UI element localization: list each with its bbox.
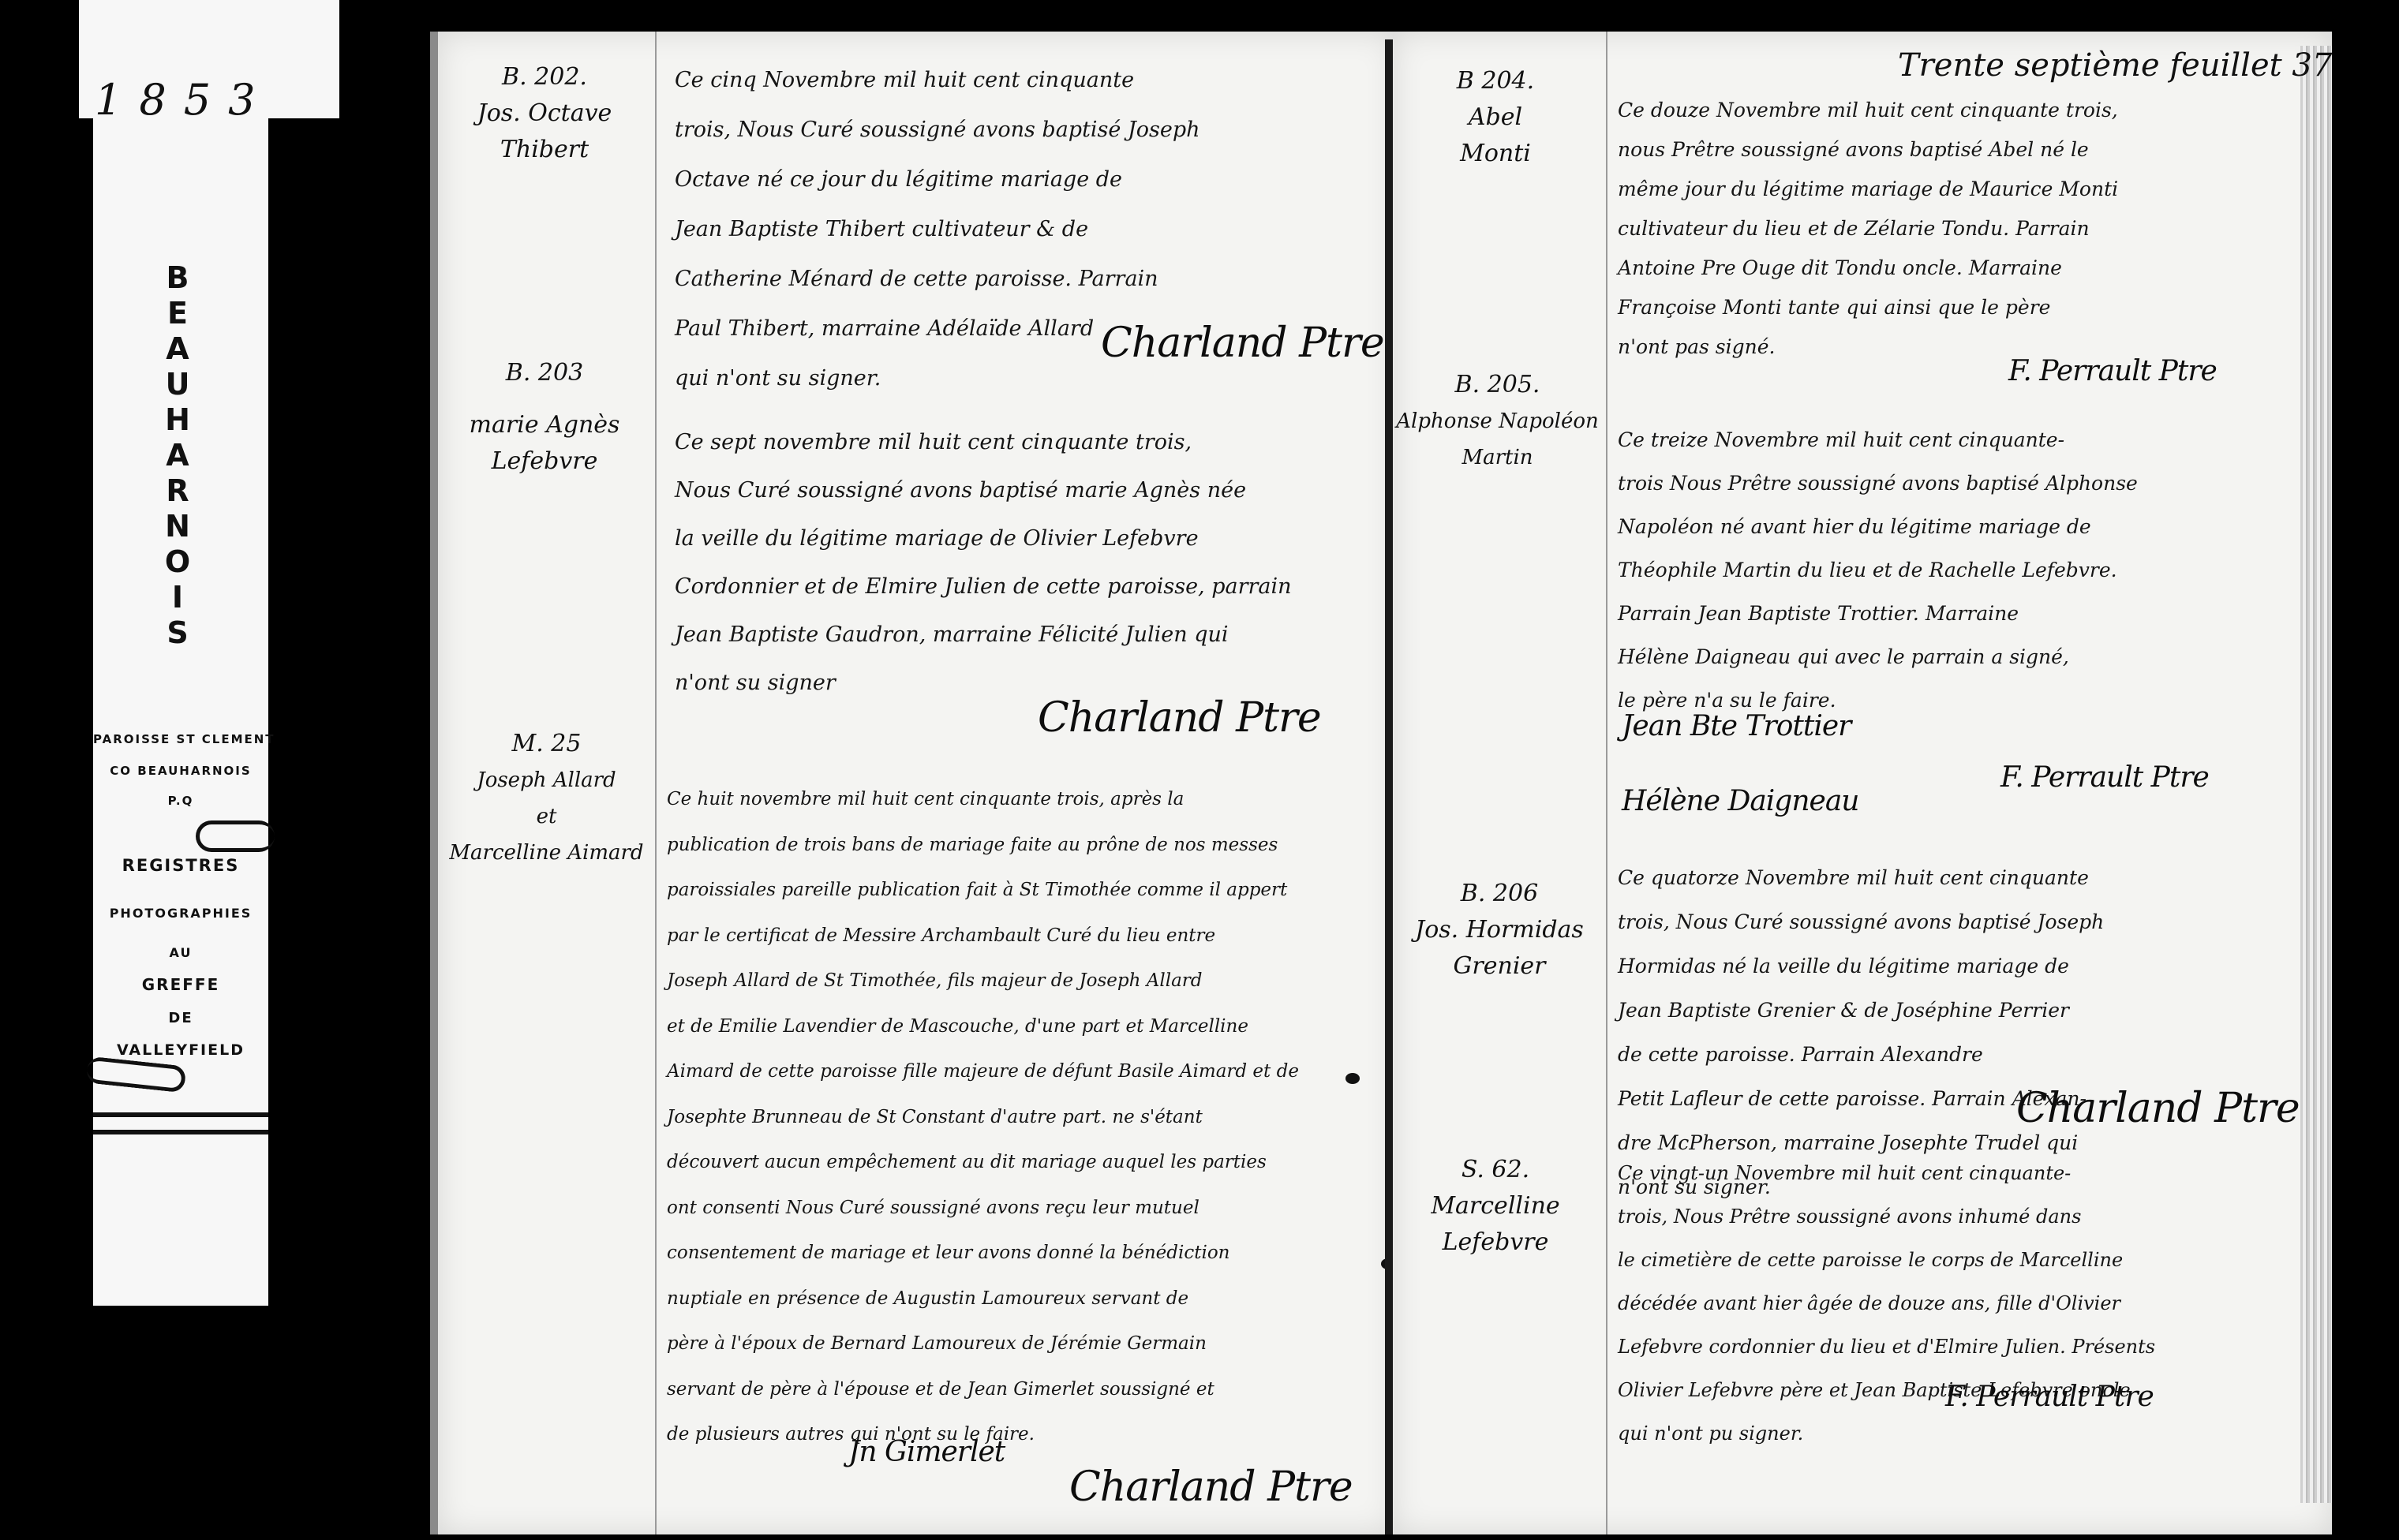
- priest-signature: Charland Ptre: [2016, 1085, 2300, 1132]
- entry-margin-note: M. 25 Joseph Allard et Marcelline Aimard: [442, 726, 651, 871]
- entry-line: Napoléon né avant hier du légitime maria…: [1618, 505, 2138, 548]
- entry-line: Parrain Jean Baptiste Trottier. Marraine: [1618, 592, 2138, 635]
- county-letter: H: [165, 402, 190, 438]
- entry-number: B. 205.: [1393, 367, 1602, 403]
- clip-band: [93, 1112, 268, 1117]
- entry-line: Lefebvre cordonnier du lieu et d'Elmire …: [1618, 1325, 2155, 1369]
- entry-line: trois, Nous Prêtre soussigné avons inhum…: [1618, 1195, 2155, 1239]
- province-label: P.Q: [93, 794, 268, 808]
- entry-line: même jour du légitime mariage de Maurice…: [1618, 170, 2118, 209]
- clip-band: [93, 1130, 268, 1134]
- county-label: CO BEAUHARNOIS: [93, 764, 268, 778]
- register-entry: Ce huit novembre mil huit cent cinquante…: [667, 777, 1299, 1458]
- entry-line: Jean Baptiste Grenier & de Joséphine Per…: [1618, 989, 2104, 1033]
- book-gutter: [1385, 39, 1393, 1534]
- entry-line: Jean Baptiste Gaudron, marraine Félicité…: [675, 611, 1292, 659]
- entry-line: Ce treize Novembre mil huit cent cinquan…: [1618, 418, 2138, 462]
- witness-signature: Jean Bte Trottier: [1622, 710, 1851, 742]
- priest-signature: F. Perrault Ptre: [2008, 355, 2217, 387]
- groom-name: Joseph Allard: [442, 762, 651, 798]
- entry-line: Josephte Brunneau de St Constant d'autre…: [667, 1095, 1299, 1141]
- entry-line: Hélène Daigneau qui avec le parrain a si…: [1618, 635, 2138, 678]
- register-book: B. 202. Jos. Octave Thibert Ce cinq Nove…: [430, 24, 2340, 1534]
- entry-line: Ce douze Novembre mil huit cent cinquant…: [1618, 91, 2118, 130]
- entry-line: découvert aucun empêchement au dit maria…: [667, 1140, 1299, 1186]
- entry-line: ont consenti Nous Curé soussigné avons r…: [667, 1186, 1299, 1232]
- entry-number: B. 202.: [446, 59, 643, 95]
- county-letter: A: [166, 331, 189, 367]
- entry-surname: Lefebvre: [446, 443, 643, 480]
- entry-given-name: Marcelline: [1401, 1188, 1590, 1224]
- witness-signature: Hélène Daigneau: [1622, 785, 1858, 817]
- entry-given-name: Jos. Hormidas: [1401, 912, 1598, 948]
- entry-given-name: Abel: [1401, 99, 1590, 136]
- entry-margin-note: B. 203 marie Agnès Lefebvre: [446, 355, 643, 480]
- entry-line: trois, Nous Curé soussigné avons baptisé…: [1618, 900, 2104, 944]
- valleyfield-label: VALLEYFIELD: [93, 1041, 268, 1059]
- entry-line: Ce vingt-un Novembre mil huit cent cinqu…: [1618, 1152, 2155, 1195]
- entry-line: trois Nous Prêtre soussigné avons baptis…: [1618, 462, 2138, 505]
- parish-label: PAROISSE ST CLEMENT: [93, 732, 268, 746]
- county-letter: O: [165, 544, 190, 580]
- entry-line: Joseph Allard de St Timothée, fils majeu…: [667, 959, 1299, 1004]
- bride-name: Marcelline Aimard: [442, 835, 651, 871]
- priest-signature: Charland Ptre: [1069, 1463, 1353, 1511]
- entry-number: B. 206: [1401, 876, 1598, 912]
- county-letter: N: [165, 509, 190, 544]
- entry-number: B. 203: [446, 355, 643, 391]
- county-letter: I: [172, 580, 183, 615]
- entry-line: par le certificat de Messire Archambault…: [667, 914, 1299, 959]
- page-edges: [2300, 46, 2332, 1503]
- entry-line: et de Emilie Lavendier de Mascouche, d'u…: [667, 1004, 1299, 1050]
- entry-line: Ce sept novembre mil huit cent cinquante…: [675, 418, 1292, 466]
- registers-label: REGISTRES: [93, 856, 268, 875]
- entry-surname: Martin: [1393, 439, 1602, 476]
- entry-line: consentement de mariage et leur avons do…: [667, 1231, 1299, 1276]
- priest-signature: Charland Ptre: [1101, 320, 1384, 367]
- ink-blot: [1345, 1073, 1360, 1084]
- register-entry: Ce sept novembre mil huit cent cinquante…: [675, 418, 1292, 707]
- de-label: DE: [93, 1010, 268, 1026]
- au-label: AU: [93, 945, 268, 960]
- entry-line: Hormidas né la veille du légitime mariag…: [1618, 944, 2104, 989]
- entry-line: nuptiale en présence de Augustin Lamoure…: [667, 1276, 1299, 1322]
- entry-line: la veille du légitime mariage de Olivier…: [675, 514, 1292, 563]
- county-letter: S: [167, 615, 188, 651]
- entry-surname: Monti: [1401, 136, 1590, 172]
- entry-given-name: Jos. Octave: [446, 95, 643, 132]
- entry-margin-note: B. 202. Jos. Octave Thibert: [446, 59, 643, 168]
- entry-line: Nous Curé soussigné avons baptisé marie …: [675, 466, 1292, 514]
- entry-line: servant de père à l'épouse et de Jean Gi…: [667, 1367, 1299, 1413]
- entry-line: Catherine Ménard de cette paroisse. Parr…: [675, 254, 1200, 304]
- register-year: 1853: [95, 75, 268, 125]
- entry-line: cultivateur du lieu et de Zélarie Tondu.…: [1618, 209, 2118, 249]
- entry-line: Octave né ce jour du légitime mariage de: [675, 155, 1200, 204]
- entry-given-name: Alphonse Napoléon: [1393, 403, 1602, 439]
- register-entry: Ce douze Novembre mil huit cent cinquant…: [1618, 91, 2118, 367]
- entry-surname: Grenier: [1401, 948, 1598, 985]
- priest-signature: F. Perrault Ptre: [2000, 761, 2209, 794]
- margin-rule: [655, 32, 657, 1534]
- entry-line: décédée avant hier âgée de douze ans, fi…: [1618, 1282, 2155, 1325]
- right-page: Trente septième feuillet 37 B 204. Abel …: [1393, 32, 2332, 1534]
- entry-line: publication de trois bans de mariage fai…: [667, 823, 1299, 869]
- entry-line: Aimard de cette paroisse fille majeure d…: [667, 1049, 1299, 1095]
- entry-line: Antoine Pre Ouge dit Tondu oncle. Marrai…: [1618, 249, 2118, 288]
- entry-line: nous Prêtre soussigné avons baptisé Abel…: [1618, 130, 2118, 170]
- margin-rule: [1606, 32, 1607, 1534]
- folio-header: Trente septième feuillet 37: [1898, 47, 2332, 84]
- entry-number: M. 25: [442, 726, 651, 762]
- county-letter: A: [166, 438, 189, 473]
- entry-line: Ce huit novembre mil huit cent cinquante…: [667, 777, 1299, 823]
- entry-line: Ce quatorze Novembre mil huit cent cinqu…: [1618, 856, 2104, 900]
- entry-line: père à l'époux de Bernard Lamoureux de J…: [667, 1321, 1299, 1367]
- entry-margin-note: B. 205. Alphonse Napoléon Martin: [1393, 367, 1602, 476]
- entry-line: le cimetière de cette paroisse le corps …: [1618, 1239, 2155, 1282]
- priest-signature: F. Perrault Ptre: [1945, 1381, 2154, 1413]
- entry-line: Théophile Martin du lieu et de Rachelle …: [1618, 548, 2138, 592]
- priest-signature: Charland Ptre: [1038, 694, 1321, 742]
- entry-margin-note: B 204. Abel Monti: [1401, 63, 1590, 172]
- entry-number: S. 62.: [1401, 1152, 1590, 1188]
- left-page: B. 202. Jos. Octave Thibert Ce cinq Nove…: [430, 32, 1395, 1534]
- entry-number: B 204.: [1401, 63, 1590, 99]
- entry-given-name: marie Agnès: [446, 407, 643, 443]
- entry-line: de cette paroisse. Parrain Alexandre: [1618, 1033, 2104, 1077]
- entry-line: trois, Nous Curé soussigné avons baptisé…: [675, 105, 1200, 155]
- entry-margin-note: S. 62. Marcelline Lefebvre: [1401, 1152, 1590, 1261]
- county-letter: U: [166, 367, 190, 402]
- entry-line: paroissiales pareille publication fait à…: [667, 868, 1299, 914]
- entry-line: Françoise Monti tante qui ainsi que le p…: [1618, 288, 2118, 327]
- paperclip-icon: [196, 820, 275, 852]
- county-letter: R: [166, 473, 189, 509]
- entry-line: Ce cinq Novembre mil huit cent cinquante: [675, 55, 1200, 105]
- register-entry: Ce treize Novembre mil huit cent cinquan…: [1618, 418, 2138, 722]
- greffe-label: GREFFE: [93, 975, 268, 994]
- county-name-vertical: B E A U H A R N O I S: [158, 260, 197, 651]
- photographed-label: PHOTOGRAPHIES: [93, 906, 268, 921]
- entry-line: Jean Baptiste Thibert cultivateur & de: [675, 204, 1200, 254]
- entry-margin-note: B. 206 Jos. Hormidas Grenier: [1401, 876, 1598, 985]
- entry-surname: Lefebvre: [1401, 1224, 1590, 1261]
- entry-line: qui n'ont pu signer.: [1618, 1412, 2155, 1456]
- county-letter: E: [167, 296, 188, 331]
- entry-line: Cordonnier et de Elmire Julien de cette …: [675, 563, 1292, 611]
- conjunction: et: [442, 798, 651, 835]
- county-letter: B: [167, 260, 189, 296]
- witness-signature: Jn Gimerlet: [848, 1436, 1005, 1468]
- entry-surname: Thibert: [446, 132, 643, 168]
